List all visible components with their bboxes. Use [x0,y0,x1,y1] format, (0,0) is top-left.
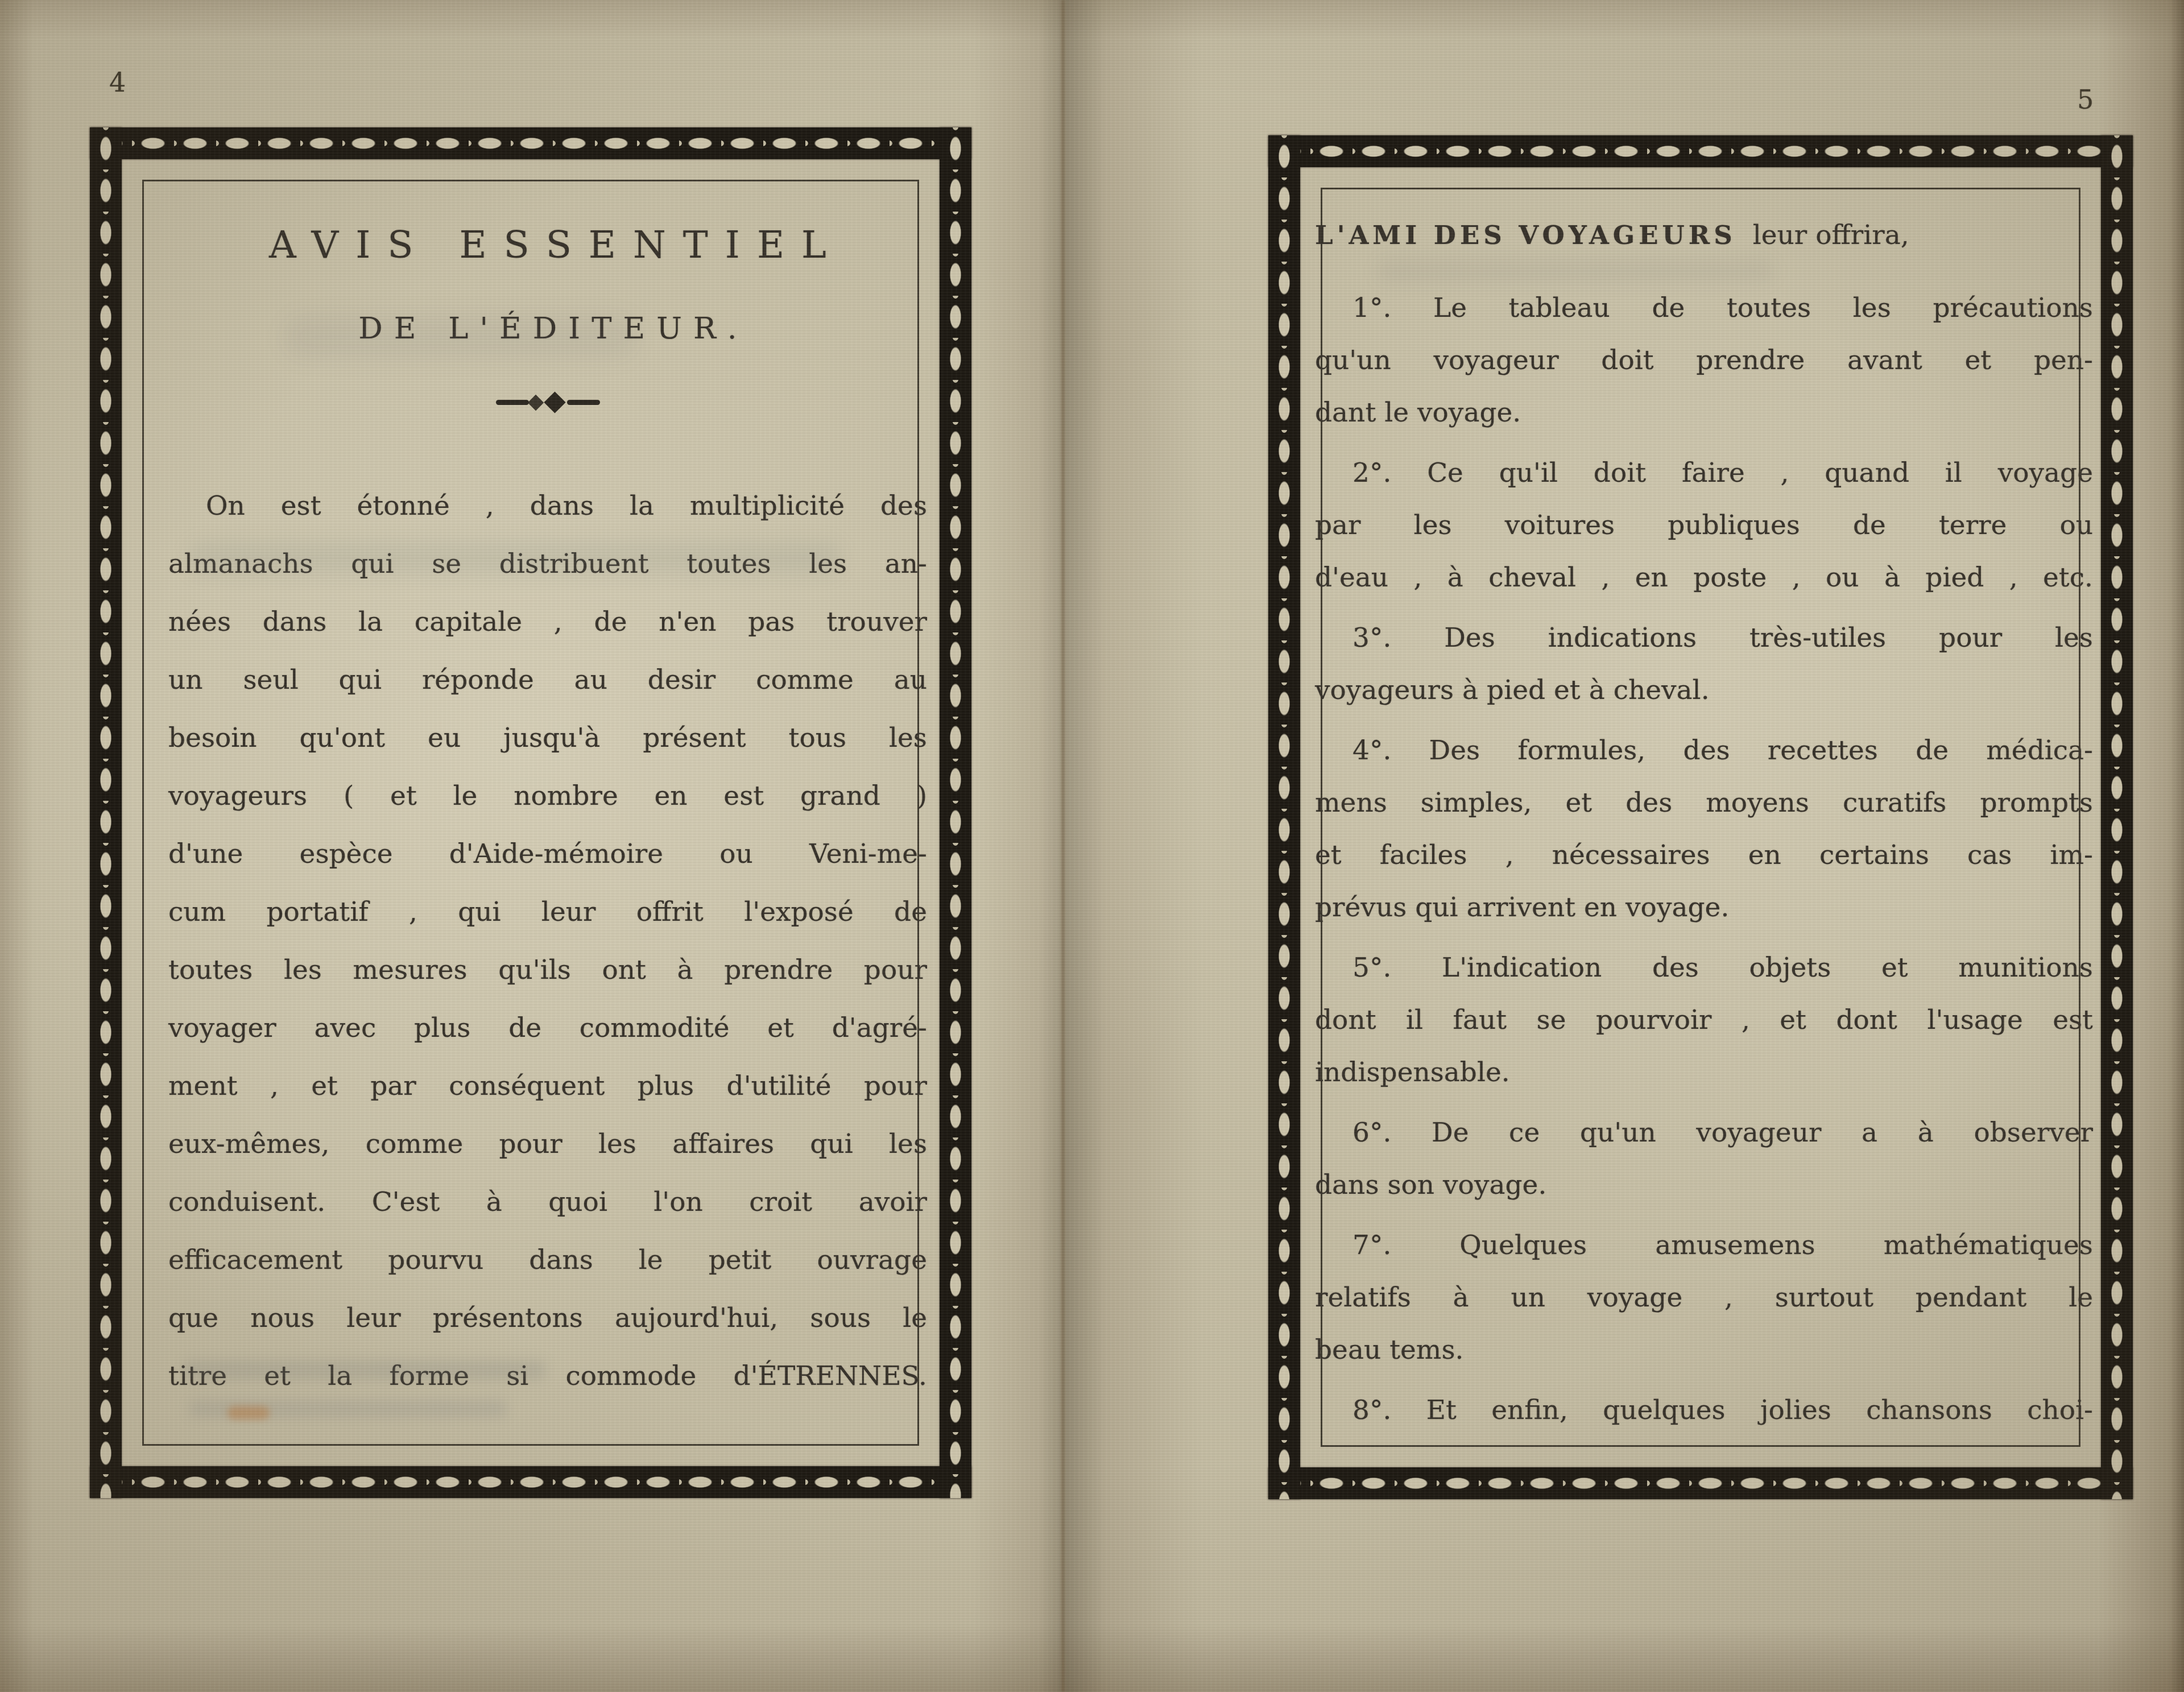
contents-header: L'AMI DES VOYAGEURS leur offrira, [1315,217,2093,254]
paragraph-line: cum portatif , qui leur offrit l'exposé … [168,883,927,941]
item-line: 3°. Des indications très-utiles pour les [1315,612,2093,664]
item-line: 2°. Ce qu'il doit faire , quand il voyag… [1315,447,2093,499]
book-scan-photo: 4 AVIS ESSENTIEL DE L'ÉDITEUR. On est ét… [0,0,2184,1692]
list-item: 6°. De ce qu'un voyageur a à observer da… [1315,1107,2093,1211]
item-line: beau tems. [1315,1324,2093,1376]
chain-border-right [2101,135,2133,1499]
chain-border-left [90,127,122,1498]
paragraph-line: eux-mêmes, comme pour les affaires qui l… [168,1115,927,1173]
list-item: 8°. Et enfin, quelques jolies chansons c… [1315,1384,2093,1437]
list-item: 4°. Des formules, des recettes de médica… [1315,725,2093,934]
item-line: 5°. L'indication des objets et munitions [1315,942,2093,994]
list-item: 1°. Le tableau de toutes les précautions… [1315,282,2093,439]
paragraph-line: toutes les mesures qu'ils ont à prendre … [168,941,927,999]
paragraph-line: titre et la forme si commode d'ÉTRENNES. [168,1347,927,1405]
chain-border-top [1268,135,2133,167]
item-line: 4°. Des formules, des recettes de médica… [1315,725,2093,777]
editor-notice-paragraph: On est étonné , dans la multiplicité des… [168,477,927,1405]
item-line: mens simples, et des moyens curatifs pro… [1315,777,2093,829]
item-line: indispensable. [1315,1046,2093,1099]
item-line: 8°. Et enfin, quelques jolies chansons c… [1315,1384,2093,1437]
item-line: 7°. Quelques amusemens mathématiques [1315,1219,2093,1272]
chain-border-bottom [1268,1467,2133,1499]
item-line: et faciles , nécessaires en certains cas… [1315,829,2093,882]
editor-notice: AVIS ESSENTIEL DE L'ÉDITEUR. On est éton… [168,223,927,1405]
notice-title-line1: AVIS ESSENTIEL [168,223,927,267]
chain-border-left [1268,135,1300,1499]
chain-border-top [90,127,971,159]
item-line: relatifs à un voyage , surtout pendant l… [1315,1272,2093,1324]
chain-border-right [940,127,971,1498]
paragraph-line: voyager avec plus de commodité et d'agré… [168,999,927,1057]
contents-header-caps: L'AMI DES VOYAGEURS [1315,220,1736,250]
ornament-diamond-icon [527,394,543,410]
item-line: d'eau , à cheval , en poste , ou à pied … [1315,552,2093,604]
page-number-left: 4 [109,67,126,98]
page-gutter-fold [1061,0,1065,1692]
item-line: dant le voyage. [1315,387,2093,439]
contents-header-rest: leur offrira, [1753,220,1909,251]
ornament-dash-icon [496,400,529,405]
paragraph-line: un seul qui réponde au desir comme au [168,651,927,709]
fleuron-ornament [168,395,927,410]
paragraph-line: que nous leur présentons aujourd'hui, so… [168,1289,927,1347]
item-line: qu'un voyageur doit prendre avant et pen… [1315,334,2093,387]
paragraph-line: On est étonné , dans la multiplicité des [168,477,927,535]
paragraph-line: conduisent. C'est à quoi l'on croit avoi… [168,1173,927,1231]
paragraph-line: ment , et par conséquent plus d'utilité … [168,1057,927,1115]
item-line: 6°. De ce qu'un voyageur a à observer [1315,1107,2093,1159]
paragraph-line: almanachs qui se distribuent toutes les … [168,535,927,593]
list-item: 5°. L'indication des objets et munitions… [1315,942,2093,1099]
list-item: 3°. Des indications très-utiles pour les… [1315,612,2093,717]
paragraph-line: efficacement pourvu dans le petit ouvrag… [168,1231,927,1289]
paragraph-line: voyageurs ( et le nombre en est grand ) [168,767,927,825]
item-line: dont il faut se pourvoir , et dont l'usa… [1315,994,2093,1046]
list-item: 7°. Quelques amusemens mathématiques rel… [1315,1219,2093,1376]
page-number-right: 5 [2077,84,2094,115]
paragraph-line: besoin qu'ont eu jusqu'à présent tous le… [168,709,927,767]
notice-title-line2: DE L'ÉDITEUR. [168,311,927,346]
contents-list: L'AMI DES VOYAGEURS leur offrira, 1°. Le… [1315,217,2093,1445]
item-line: voyageurs à pied et à cheval. [1315,664,2093,717]
paragraph-line: nées dans la capitale , de n'en pas trou… [168,593,927,651]
item-line: prévus qui arrivent en voyage. [1315,882,2093,934]
item-line: dans son voyage. [1315,1159,2093,1211]
chain-border-bottom [90,1466,971,1498]
item-line: 1°. Le tableau de toutes les précautions [1315,282,2093,334]
ornament-diamond-icon [544,391,565,413]
paragraph-line: d'une espèce d'Aide-mémoire ou Veni-me- [168,825,927,883]
item-line: par les voitures publiques de terre ou [1315,499,2093,552]
ornament-dash-icon [567,400,600,405]
list-item: 2°. Ce qu'il doit faire , quand il voyag… [1315,447,2093,604]
